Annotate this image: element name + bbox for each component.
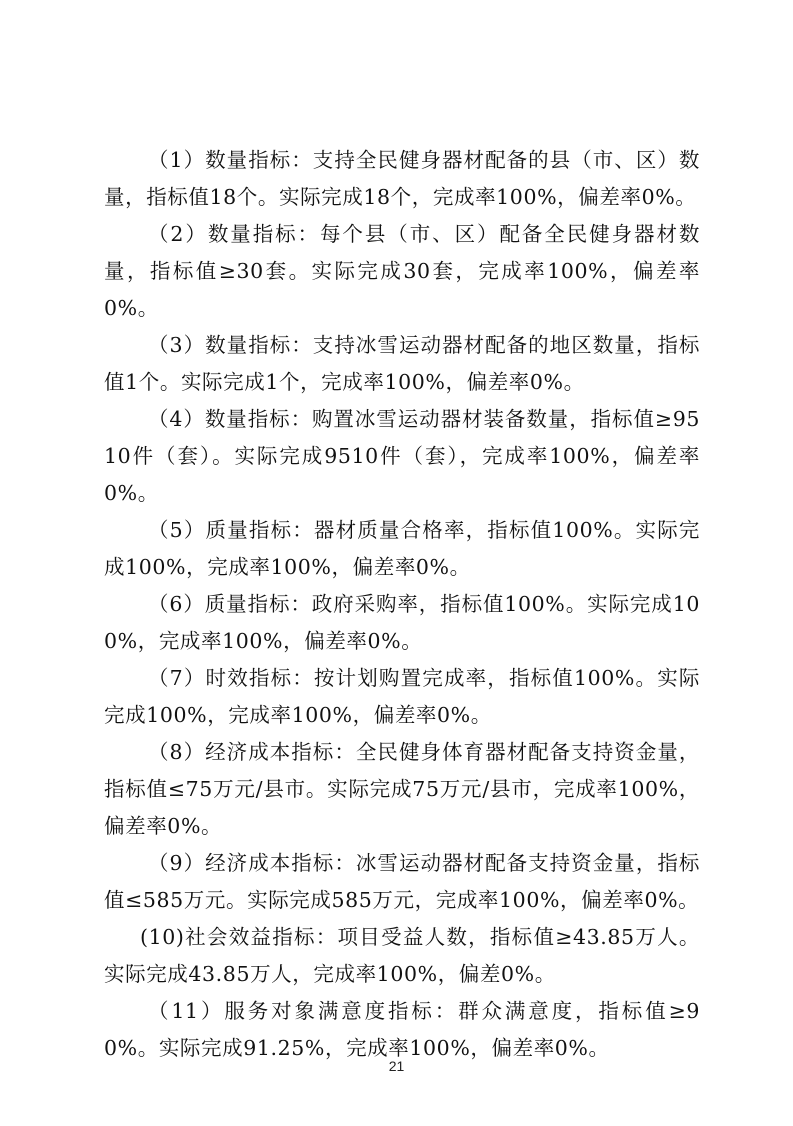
indicator-paragraph-8: （8）经济成本指标：全民健身体育器材配备支持资金量，指标值≤75万元/县市。实际… [104, 734, 700, 845]
indicator-paragraph-2: （2）数量指标：每个县（市、区）配备全民健身器材数量，指标值≥30套。实际完成3… [104, 216, 700, 327]
indicator-paragraph-3: （3）数量指标：支持冰雪运动器材配备的地区数量，指标值1个。实际完成1个，完成率… [104, 327, 700, 401]
indicator-paragraph-6: （6）质量指标：政府采购率，指标值100%。实际完成100%，完成率100%，偏… [104, 586, 700, 660]
indicator-paragraph-10: (10)社会效益指标：项目受益人数，指标值≥43.85万人。实际完成43.85万… [104, 919, 700, 993]
indicator-paragraph-7: （7）时效指标：按计划购置完成率，指标值100%。实际完成100%，完成率100… [104, 660, 700, 734]
performance-indicators-list: （1）数量指标：支持全民健身器材配备的县（市、区）数量，指标值18个。实际完成1… [104, 142, 700, 1067]
indicator-paragraph-5: （5）质量指标：器材质量合格率，指标值100%。实际完成100%，完成率100%… [104, 512, 700, 586]
document-page: （1）数量指标：支持全民健身器材配备的县（市、区）数量，指标值18个。实际完成1… [0, 0, 793, 1126]
indicator-paragraph-11: （11）服务对象满意度指标：群众满意度，指标值≥90%。实际完成91.25%，完… [104, 993, 700, 1067]
indicator-paragraph-1: （1）数量指标：支持全民健身器材配备的县（市、区）数量，指标值18个。实际完成1… [104, 142, 700, 216]
page-number: 21 [0, 1058, 793, 1074]
indicator-paragraph-9: （9）经济成本指标：冰雪运动器材配备支持资金量，指标值≤585万元。实际完成58… [104, 845, 700, 919]
indicator-paragraph-4: （4）数量指标：购置冰雪运动器材装备数量，指标值≥9510件（套）。实际完成95… [104, 401, 700, 512]
